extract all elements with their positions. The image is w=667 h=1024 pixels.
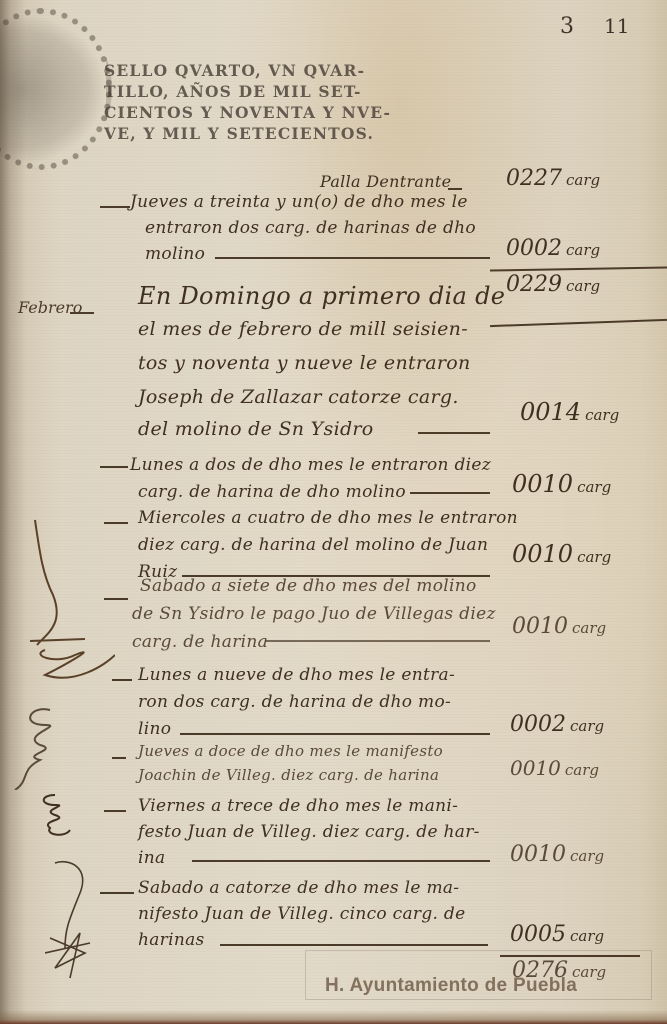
entry-line: ina [138,848,165,868]
amount-value: 0010 [512,470,573,498]
entry-line: Miercoles a cuatro de dho mes le entraro… [138,508,518,528]
divider-line [220,944,488,946]
entry-marker [100,466,128,468]
stamp-line: CIENTOS Y NOVENTA Y NVE- [104,102,504,123]
entry-line: Joachin de Villeg. diez carg. de harina [138,766,439,784]
entry-line: lino [138,719,171,739]
entry-amount: 0010carg [510,842,604,867]
divider-line [448,188,462,190]
stamped-paper-header: SELLO QVARTO, VN QVAR- TILLO, AÑOS DE MI… [104,60,504,144]
amount-value: 0010 [510,756,561,780]
entry-line: Sabado a siete de dho mes del molino [140,576,477,596]
amount-unit: carg [570,927,604,945]
amount-value: 0227 [506,166,562,191]
carried-forward-amount: 0227carg [506,166,600,191]
entry-line: nifesto Juan de Villeg. cinco carg. de [138,904,465,924]
entry-amount: 0010carg [510,756,599,780]
stamp-line: VE, Y MIL Y SETECIENTOS. [104,123,504,144]
entry-amount: 0010carg [512,614,606,639]
entry-line: En Domingo a primero dia de [138,282,505,310]
subtotal-rule [490,319,667,327]
entry-amount: 0002carg [510,712,604,737]
amount-unit: carg [570,847,604,865]
amount-value: 0010 [512,540,573,568]
entry-amount: 0002carg [506,236,600,261]
entry-marker [100,206,130,208]
entry-marker [104,810,126,812]
entry-amount: 0005carg [510,922,604,947]
entry-line: Jueves a treinta y un(o) de dho mes le [130,192,468,212]
divider-line [215,257,490,259]
margin-dash [70,312,94,314]
entry-line: Viernes a trece de dho mes le mani- [138,796,458,816]
amount-unit: carg [566,277,600,295]
entry-line: del molino de Sn Ysidro [138,418,374,440]
amount-unit: carg [572,619,606,637]
amount-unit: carg [577,548,611,566]
entry-amount: 0014carg [520,398,619,426]
entry-line: festo Juan de Villeg. diez carg. de har- [138,822,480,842]
entry-line: tos y noventa y nueve le entraron [138,352,471,374]
divider-line [418,432,490,434]
signature-rubric-icon [25,515,115,685]
divider-line [180,733,490,735]
stamp-line: TILLO, AÑOS DE MIL SET- [104,81,504,102]
margin-note-month: Febrero [18,298,82,317]
archive-watermark: H. Ayuntamiento de Puebla [325,975,577,997]
subtotal-rule [490,266,667,271]
folio-number-secondary: 11 [604,14,629,38]
stamp-line: SELLO QVARTO, VN QVAR- [104,60,504,81]
official-seal-stamp [0,8,112,170]
entry-line: el mes de febrero de mill seisien- [138,318,468,340]
entry-line: carg. de harina de dho molino [138,482,406,502]
entry-line: carg. de harina [132,632,268,652]
signature-rubric-icon [45,858,105,988]
amount-unit: carg [565,761,599,779]
divider-line [410,492,490,494]
divider-line [192,860,490,862]
divider-line [265,640,490,642]
entry-marker [112,757,126,759]
amount-unit: carg [570,717,604,735]
entry-line: harinas [138,930,205,950]
manuscript-page: 3 11 SELLO QVARTO, VN QVAR- TILLO, AÑOS … [0,0,667,1024]
amount-unit: carg [577,478,611,496]
amount-unit: carg [585,406,619,424]
entry-line: Lunes a nueve de dho mes le entra- [138,665,455,685]
entry-line: ron dos carg. de harina de dho mo- [138,692,451,712]
amount-value: 0005 [510,922,566,947]
entry-line: entraron dos carg. de harinas de dho [145,218,476,238]
entry-amount: 0010carg [512,470,611,498]
amount-unit: carg [566,241,600,259]
amount-value: 0229 [506,272,562,297]
entry-line: Jueves a doce de dho mes le manifesto [138,742,443,760]
entry-line: Joseph de Zallazar catorze carg. [138,386,459,408]
entry-amount: 0010carg [512,540,611,568]
entry-line: Sabado a catorze de dho mes le ma- [138,878,459,898]
page-bottom-edge [0,1010,667,1024]
amount-value: 0010 [512,614,568,639]
subtotal-amount: 0229carg [506,272,600,297]
entry-line: Lunes a dos de dho mes le entraron diez [130,455,491,475]
signature-rubric-icon [35,790,75,840]
amount-unit: carg [566,171,600,189]
amount-value: 0010 [510,842,566,867]
amount-value: 0002 [506,236,562,261]
carried-forward-label: Palla Dentrante [320,172,451,191]
entry-line: molino [145,244,205,264]
folio-number: 3 [560,14,574,39]
entry-marker [112,679,132,681]
amount-value: 0014 [520,398,581,426]
entry-line: de Sn Ysidro le pago Juo de Villegas die… [132,604,496,624]
signature-rubric-icon [10,700,70,790]
amount-value: 0002 [510,712,566,737]
entry-marker [100,892,134,894]
entry-line: diez carg. de harina del molino de Juan [138,535,488,555]
